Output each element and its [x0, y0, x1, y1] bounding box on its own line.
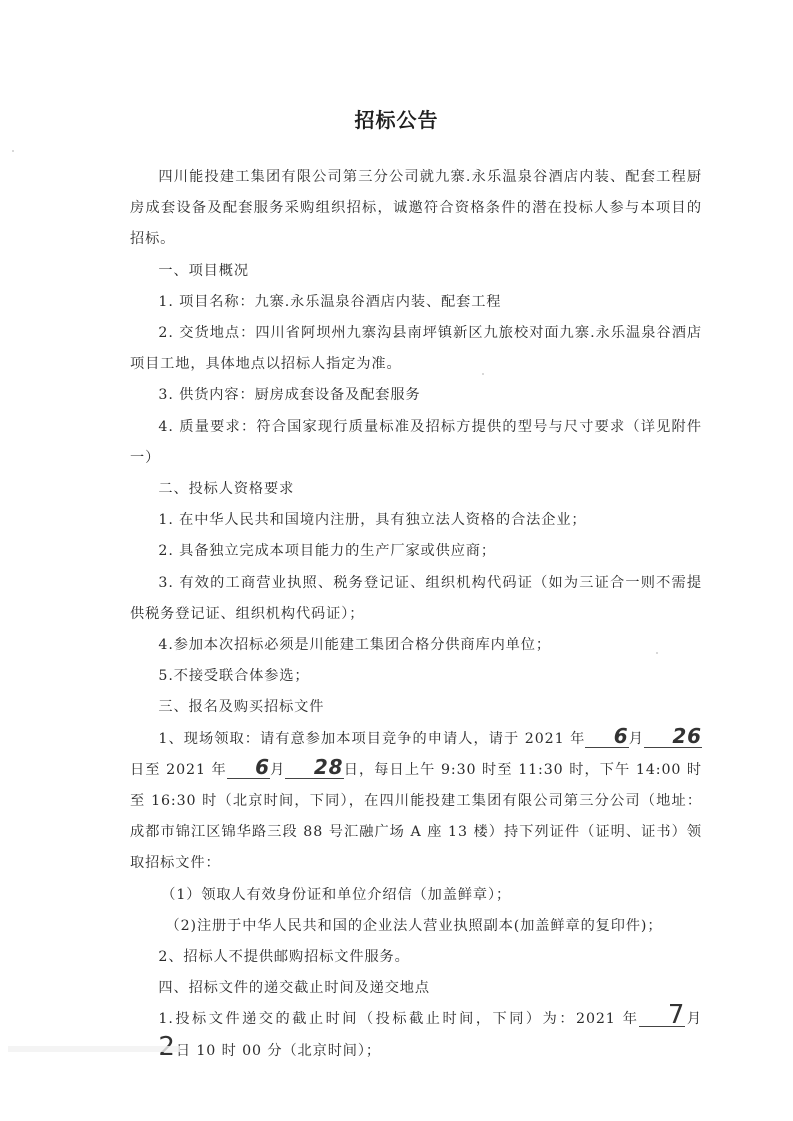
month-label-2: 月 — [270, 762, 285, 778]
section-4-heading: 四、招标文件的递交截止时间及递交地点 — [130, 973, 702, 1004]
month-label: 月 — [629, 731, 644, 747]
handwritten-end-day: 28 — [285, 756, 343, 779]
scan-speck — [656, 652, 658, 654]
deadline-suffix: 日 10 时 00 分（北京时间）； — [176, 1043, 381, 1059]
section-3-item-2: 2、招标人不提供邮购招标文件服务。 — [130, 942, 702, 973]
handwritten-start-month: 6 — [585, 725, 628, 748]
section-2-item-5: 5.不接受联合体参选； — [130, 661, 702, 692]
section-2-item-3: 3. 有效的工商营业执照、税务登记证、组织机构代码证（如为三证合一则不需提供税务… — [130, 568, 702, 630]
section-3-heading: 三、报名及购买招标文件 — [130, 692, 702, 723]
section-2-heading: 二、投标人资格要求 — [130, 474, 702, 505]
section-1-item-3: 3. 供货内容：厨房成套设备及配套服务 — [130, 380, 702, 411]
section-2-item-2: 2. 具备独立完成本项目能力的生产厂家或供应商； — [130, 536, 702, 567]
section-2-item-1: 1. 在中华人民共和国境内注册，具有独立法人资格的合法企业； — [130, 505, 702, 536]
deadline-prefix: 1.投标文件递交的截止时间（投标截止时间，下同）为：2021 年 — [158, 1011, 639, 1027]
handwritten-start-day: 26 — [644, 725, 702, 748]
handwritten-end-month: 6 — [227, 756, 270, 779]
day-label: 日至 2021 年 — [130, 762, 227, 778]
section-1-item-2: 2. 交货地点：四川省阿坝州九寨沟县南坪镇新区九旅校对面九寨.永乐温泉谷酒店项目… — [130, 318, 702, 380]
section-3-item-1: 1、现场领取：请有意参加本项目竞争的申请人，请于 2021 年6月26日至 20… — [130, 724, 702, 880]
page-title: 招标公告 — [0, 104, 793, 133]
section-2-item-4: 4.参加本次招标必须是川能建工集团合格分供商库内单位； — [130, 630, 702, 661]
pickup-prefix: 1、现场领取：请有意参加本项目竞争的申请人，请于 2021 年 — [158, 731, 585, 747]
section-1-heading: 一、项目概况 — [130, 256, 702, 287]
section-1-item-4: 4. 质量要求：符合国家现行质量标准及招标方提供的型号与尺寸要求（详见附件一） — [130, 412, 702, 474]
section-4-item-1: 1.投标文件递交的截止时间（投标截止时间，下同）为：2021 年7月2日 10 … — [130, 1004, 702, 1066]
intro-paragraph: 四川能投建工集团有限公司第三分公司就九寨.永乐温泉谷酒店内装、配套工程厨房成套设… — [130, 162, 702, 256]
faint-scan-artifact — [8, 1046, 180, 1052]
pickup-suffix: 日，每日上午 9:30 时至 11:30 时，下午 14:00 时至 16:30… — [130, 762, 702, 872]
document-page: 招标公告 四川能投建工集团有限公司第三分公司就九寨.永乐温泉谷酒店内装、配套工程… — [0, 0, 793, 1121]
month-label-3: 月 — [685, 1011, 702, 1027]
scan-speck — [482, 373, 484, 375]
document-body: 四川能投建工集团有限公司第三分公司就九寨.永乐温泉谷酒店内装、配套工程厨房成套设… — [130, 162, 702, 1067]
handwritten-deadline-month: 7 — [639, 1004, 685, 1027]
required-doc-2: （2)注册于中华人民共和国的企业法人营业执照副本(加盖鲜章的复印件)； — [130, 911, 702, 942]
section-1-item-1: 1. 项目名称：九寨.永乐温泉谷酒店内装、配套工程 — [130, 287, 702, 318]
required-doc-1: （1）领取人有效身份证和单位介绍信（加盖鲜章）； — [130, 880, 702, 911]
scan-speck — [12, 150, 14, 152]
